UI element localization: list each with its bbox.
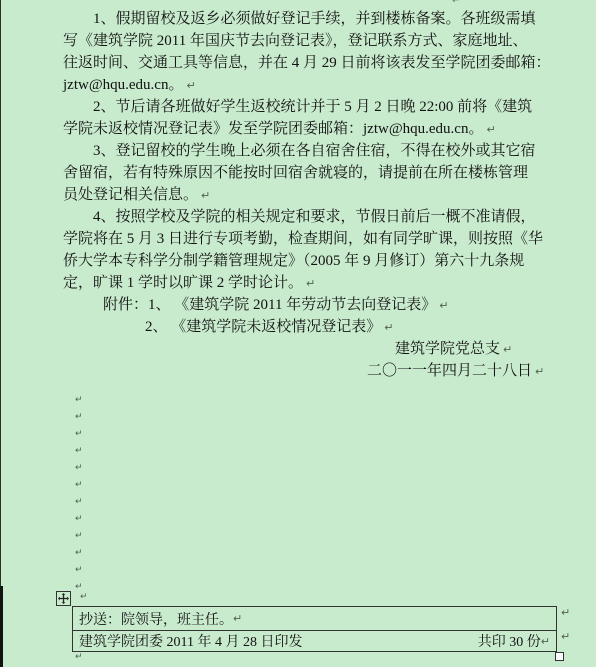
page-left-edge [0,0,1,586]
body-line: jztw@hqu.edu.cn。↵ [63,74,551,96]
paragraph-mark-icon: ↵ [503,343,512,356]
paragraph-mark-icon: ↵ [233,612,242,625]
empty-paragraph-line: ↵ [75,440,83,457]
empty-paragraph-mark-icon: ↵ [75,531,83,541]
body-line-text: jztw@hqu.edu.cn。 [63,77,183,93]
body-line: 往返时间、交通工具等信息，并在 4 月 29 日前将该表发至学院团委邮箱： [63,52,551,74]
empty-paragraph-mark-icon: ↵ [75,514,83,524]
empty-paragraph-line: ↵ [75,576,83,593]
body-line: 定，旷课 1 学时以旷课 2 学时论计。↵ [63,272,551,294]
empty-paragraph-line: ↵ [75,474,83,491]
empty-paragraph-line: ↵ [75,406,83,423]
body-line: 建筑学院党总支↵ [63,338,551,360]
copies-count: 共印 30 份 [478,631,541,651]
cc-text: 抄送：院领导，班主任。 [79,609,233,629]
body-line-text: 2、 《建筑学院未返校情况登记表》 [145,319,381,335]
body-line-text: 舍留宿，若有特殊原因不能按时回宿舍就寝的，请提前在所在楼栋管理 [63,165,528,181]
empty-paragraph-mark-icon: ↵ [80,592,88,602]
empty-paragraph-mark-icon: ↵ [75,652,83,662]
body-line-text: 2、节后请各班做好学生返校统计并于 5 月 2 日晚 22:00 前将《建筑 [93,99,532,115]
table-row-cc: 抄送：院领导，班主任。 ↵ [73,607,556,631]
empty-paragraph-line: ↵ [75,389,83,406]
body-line: 二〇一一年四月二十八日↵ [63,360,551,382]
empty-paragraph-line: ↵ [75,491,83,508]
empty-paragraph-mark-icon: ↵ [75,480,83,490]
footer-table: 抄送：院领导，班主任。 ↵ 建筑学院团委 2011 年 4 月 28 日印发 共… [72,606,557,652]
empty-paragraph-line: ↵ [75,559,83,576]
body-line: 侨大学本专科学分制学籍管理规定》（2005 年 9 月修订）第六十九条规 [63,250,551,272]
row-end-mark-icon: ↵ [561,606,570,619]
body-line-text: 建筑学院党总支 [395,341,500,357]
body-line-text: 3、登记留校的学生晚上必须在各自宿舍住宿，不得在校外或其它宿 [93,143,536,159]
empty-paragraph-mark-icon: ↵ [75,565,83,575]
body-line-text: 1、假期留校及返乡必须做好登记手续，并到楼栋备案。各班级需填 [93,11,536,27]
body-line-text: 员处登记相关信息。 [63,187,198,203]
paragraph-mark-icon: ↵ [452,0,460,6]
empty-paragraph-mark-icon: ↵ [75,548,83,558]
paragraph-mark-icon: ↵ [384,321,393,334]
empty-paragraph-marks: ↵↵↵↵↵↵↵↵↵↵↵↵ [75,389,83,593]
paragraph-mark-icon: ↵ [535,365,544,378]
paragraph-mark-icon: ↵ [186,79,195,92]
body-line: 学院未返校情况登记表》发至学院团委邮箱：jztw@hqu.edu.cn。↵ [63,118,551,140]
empty-paragraph-mark-icon: ↵ [75,497,83,507]
body-line: 舍留宿，若有特殊原因不能按时回宿舍就寝的，请提前在所在楼栋管理 [63,162,551,184]
empty-paragraph-line: ↵ [75,542,83,559]
body-line: 员处登记相关信息。↵ [63,184,551,206]
body-line: 附件：1、 《建筑学院 2011 年劳动节去向登记表》↵ [63,294,551,316]
body-line-text: 定，旷课 1 学时以旷课 2 学时论计。 [63,275,303,291]
body-line-text: 往返时间、交通工具等信息，并在 4 月 29 日前将该表发至学院团委邮箱： [63,55,551,71]
body-line: 4、按照学校及学院的相关规定和要求，节假日前后一概不准请假， [63,206,551,228]
body-line: 2、节后请各班做好学生返校统计并于 5 月 2 日晚 22:00 前将《建筑 [63,96,551,118]
body-line-text: 学院将在 5 月 3 日进行专项考勤，检查期间，如有同学旷课，则按照《华 [63,231,543,247]
body-line: 写《建筑学院 2011 年国庆节去向登记表》，登记联系方式、家庭地址、 [63,30,551,52]
body-line-text: 写《建筑学院 2011 年国庆节去向登记表》，登记联系方式、家庭地址、 [63,33,527,49]
paragraph-mark-icon: ↵ [486,123,495,136]
empty-paragraph-mark-icon: ↵ [75,446,83,456]
body-line: 1、假期留校及返乡必须做好登记手续，并到楼栋备案。各班级需填 [63,8,551,30]
paragraph-mark-icon: ↵ [201,189,210,202]
body-line-text: 侨大学本专科学分制学籍管理规定》（2005 年 9 月修订）第六十九条规 [63,253,524,269]
empty-paragraph-mark-icon: ↵ [75,429,83,439]
empty-paragraph-mark-icon: ↵ [75,582,83,592]
body-line: 3、登记留校的学生晚上必须在各自宿舍住宿，不得在校外或其它宿 [63,140,551,162]
page-left-edge-bottom [0,586,3,667]
empty-paragraph-line: ↵ [75,525,83,542]
table-resize-handle[interactable] [555,652,564,661]
body-line-text: 4、按照学校及学院的相关规定和要求，节假日前后一概不准请假， [93,209,536,225]
body-text: 1、假期留校及返乡必须做好登记手续，并到楼栋备案。各班级需填写《建筑学院 201… [63,8,551,382]
document-page[interactable]: ↵ 1、假期留校及返乡必须做好登记手续，并到楼栋备案。各班级需填写《建筑学院 2… [0,0,596,667]
empty-paragraph-mark-icon: ↵ [75,395,83,405]
row-end-mark-icon: ↵ [561,630,570,643]
table-move-handle[interactable] [56,591,71,606]
issue-text: 建筑学院团委 2011 年 4 月 28 日印发 [79,631,302,651]
empty-paragraph-line: ↵ [75,508,83,525]
table-row-issue: 建筑学院团委 2011 年 4 月 28 日印发 共印 30 份 ↵ [73,631,556,651]
empty-paragraph-line: ↵ [75,457,83,474]
paragraph-mark-icon: ↵ [541,635,550,648]
body-line-text: 学院未返校情况登记表》发至学院团委邮箱：jztw@hqu.edu.cn。 [63,121,483,137]
paragraph-mark-icon: ↵ [439,299,448,312]
body-line: 学院将在 5 月 3 日进行专项考勤，检查期间，如有同学旷课，则按照《华 [63,228,551,250]
body-line: 2、 《建筑学院未返校情况登记表》↵ [63,316,551,338]
body-line-text: 附件：1、 《建筑学院 2011 年劳动节去向登记表》 [103,297,436,313]
move-icon [58,593,69,604]
empty-paragraph-mark-icon: ↵ [75,412,83,422]
paragraph-mark-icon: ↵ [306,277,315,290]
empty-paragraph-mark-icon: ↵ [75,463,83,473]
body-line-text: 二〇一一年四月二十八日 [367,363,532,379]
empty-paragraph-line: ↵ [75,423,83,440]
